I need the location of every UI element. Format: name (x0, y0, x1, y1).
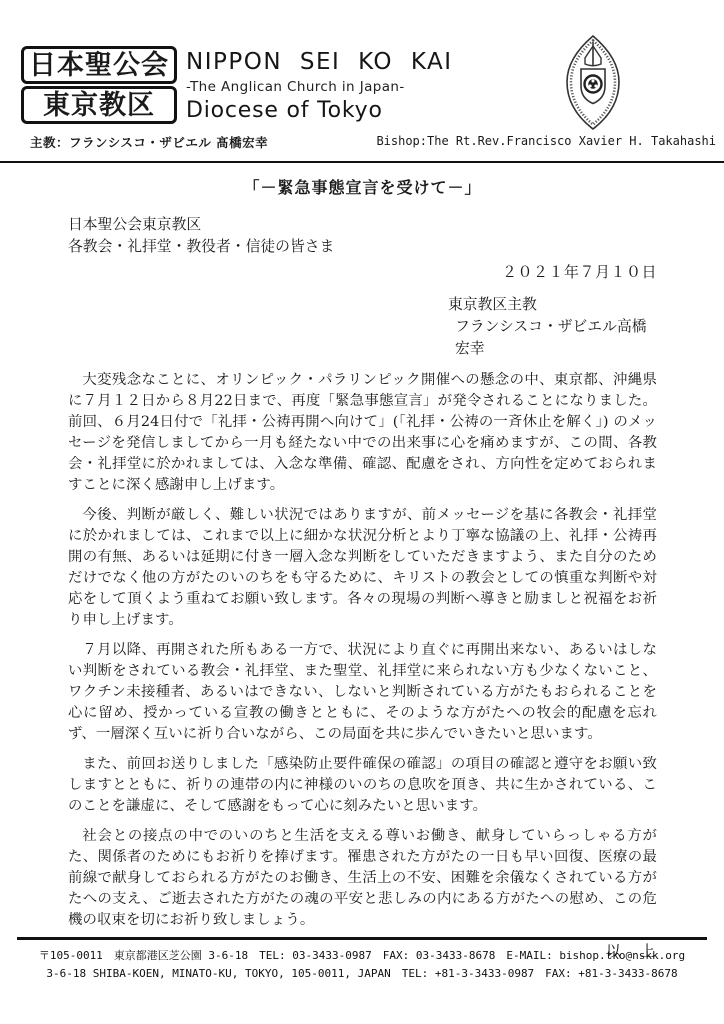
recipient-block: 日本聖公会東京教区 各教会・礼拝堂・教役者・信徒の皆さま (68, 214, 657, 258)
org-logo: 日本聖公会 東京教区 (21, 46, 177, 126)
letter-date: ２０２１年７月１０日 (68, 261, 657, 282)
diocese-seal-icon (562, 34, 624, 132)
paragraph-2: 今後、判断が厳しく、難しい状況ではありますが、前メッセージを基に各教会・礼拝堂に… (68, 505, 657, 631)
footer-divider (17, 937, 707, 940)
org-diocese-name: Diocese of Tokyo (186, 98, 453, 123)
footer-address-japanese: 〒105-0011 東京都港区芝公園 3-6-18 TEL: 03-3433-0… (0, 947, 724, 963)
org-name-english: NIPPON SEI KO KAI (186, 49, 453, 75)
paragraph-4: また、前回お送りしました「感染防止要件確保の確認」の項目の確認と遵守をお願い致し… (68, 754, 657, 817)
letter-page: 日本聖公会 東京教区 NIPPON SEI KO KAI -The Anglic… (0, 0, 724, 1024)
letter-paragraphs: 大変残念なことに、オリンピック・パラリンピック開催への懸念の中、東京都、沖縄県に… (68, 370, 657, 931)
recipient-line1: 日本聖公会東京教区 (68, 214, 657, 236)
letterhead: 日本聖公会 東京教区 NIPPON SEI KO KAI -The Anglic… (0, 0, 724, 162)
letter-title: 「－緊急事態宣言を受けて－」 (68, 175, 657, 198)
bishop-name-english: Bishop:The Rt.Rev.Francisco Xavier H. Ta… (376, 134, 716, 148)
paragraph-5: 社会との接点の中でのいのちと生活を支える尊いお働き、献身していらっしゃる方がた、… (68, 826, 657, 931)
org-name-block: NIPPON SEI KO KAI -The Anglican Church i… (186, 49, 453, 123)
bishop-name-japanese: 主教：フランシスコ・ザビエル 髙橋宏幸 (30, 133, 268, 151)
org-logo-line2: 東京教区 (21, 86, 177, 124)
recipient-line2: 各教会・礼拝堂・教役者・信徒の皆さま (68, 236, 657, 258)
org-subtitle: -The Anglican Church in Japan- (186, 79, 453, 95)
sender-block: 東京教区主教 フランシスコ・ザビエル高橋宏幸 (448, 294, 657, 360)
letter-body: 「－緊急事態宣言を受けて－」 日本聖公会東京教区 各教会・礼拝堂・教役者・信徒の… (68, 163, 657, 961)
org-logo-line1: 日本聖公会 (21, 46, 177, 84)
footer-address-english: 3-6-18 SHIBA-KOEN, MINATO-KU, TOKYO, 105… (0, 965, 724, 981)
sender-name: フランシスコ・ザビエル高橋宏幸 (448, 316, 657, 360)
paragraph-1: 大変残念なことに、オリンピック・パラリンピック開催への懸念の中、東京都、沖縄県に… (68, 370, 657, 496)
sender-title: 東京教区主教 (448, 294, 657, 316)
paragraph-3: ７月以降、再開された所もある一方で、状況により直ぐに再開出来ない、あるいはしない… (68, 640, 657, 745)
